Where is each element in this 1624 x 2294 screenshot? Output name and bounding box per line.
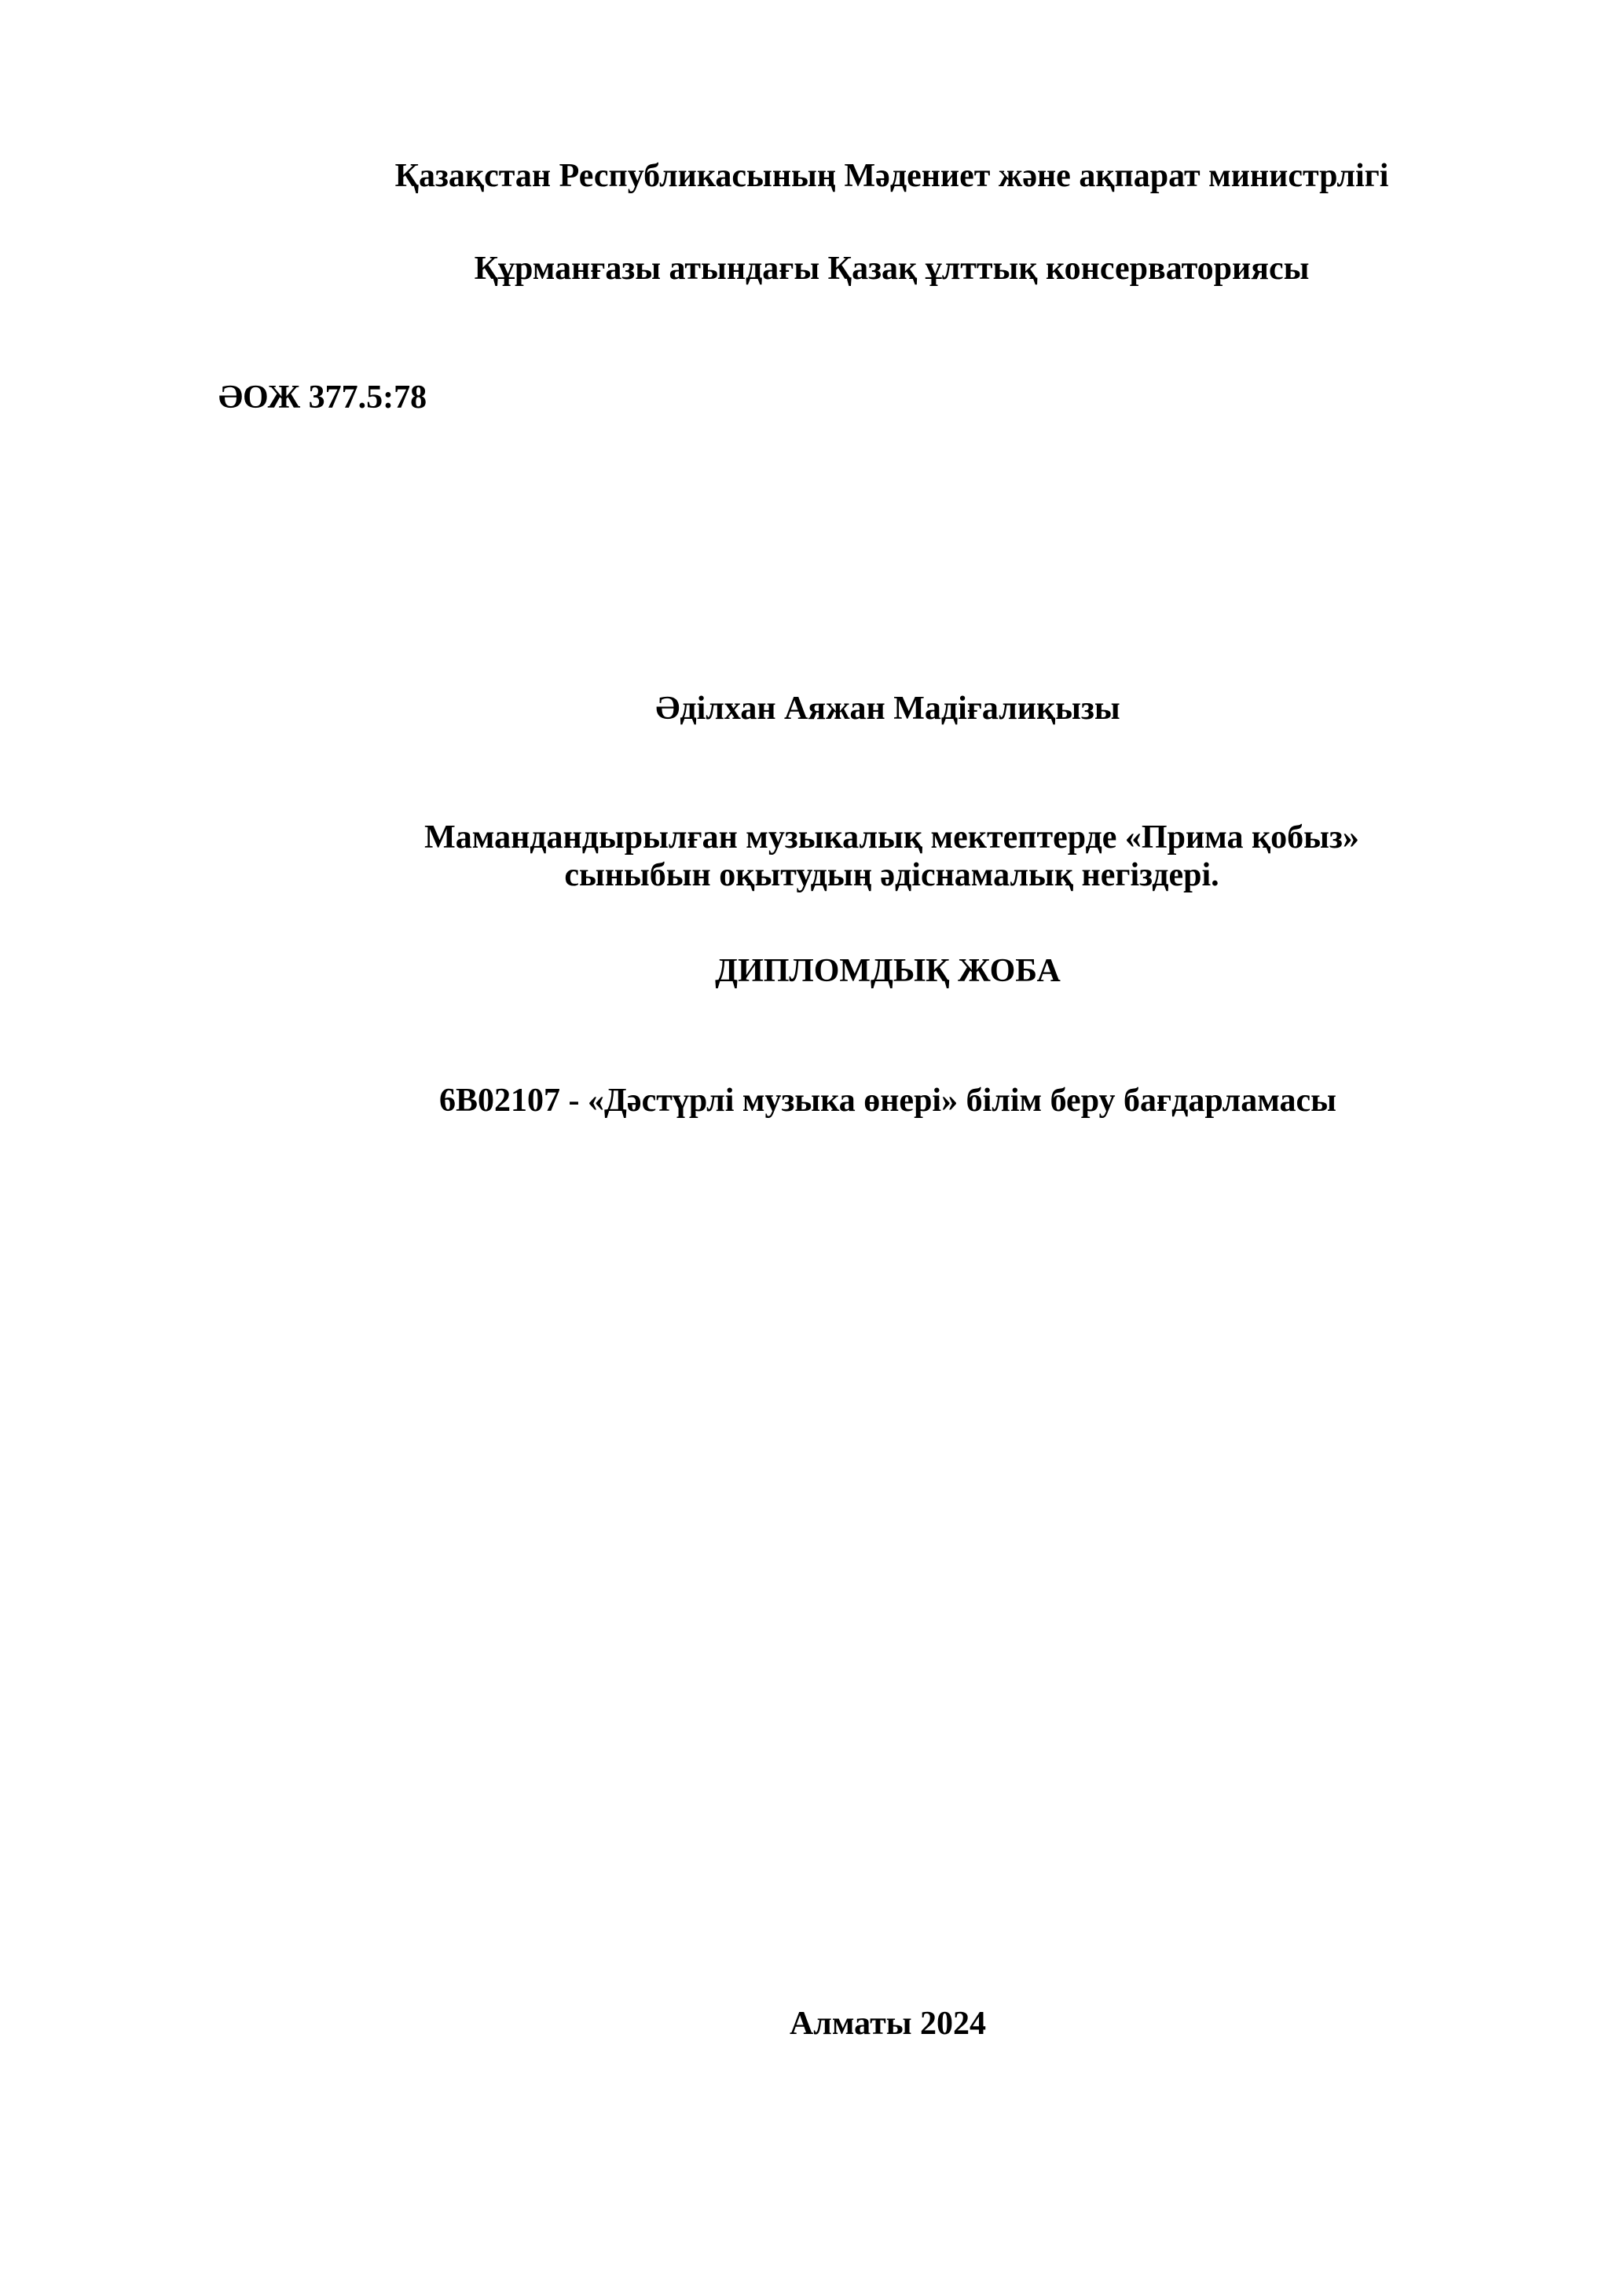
institution-heading: Құрманғазы атындағы Қазақ ұлттық консерв… bbox=[401, 250, 1383, 288]
education-program: 6B02107 - «Дәстүрлі музыка өнері» білім … bbox=[346, 1082, 1430, 1120]
city-year: Алматы 2024 bbox=[754, 2005, 1021, 2043]
document-type: ДИПЛОМДЫҚ ЖОБА bbox=[668, 952, 1108, 990]
thesis-title-line-2: сыныбын оқытудың әдіснамалық негіздері. bbox=[330, 856, 1454, 894]
ministry-heading: Қазақстан Республикасының Мәдениет және … bbox=[314, 157, 1469, 195]
author-name: Әділхан Аяжан Мадіғалиқызы bbox=[613, 690, 1163, 727]
thesis-title: Мамандандырылған музыкалық мектептерде «… bbox=[330, 819, 1454, 895]
udc-code: ӘОЖ 377.5:78 bbox=[218, 379, 427, 416]
thesis-title-line-1: Мамандандырылған музыкалық мектептерде «… bbox=[330, 819, 1454, 856]
